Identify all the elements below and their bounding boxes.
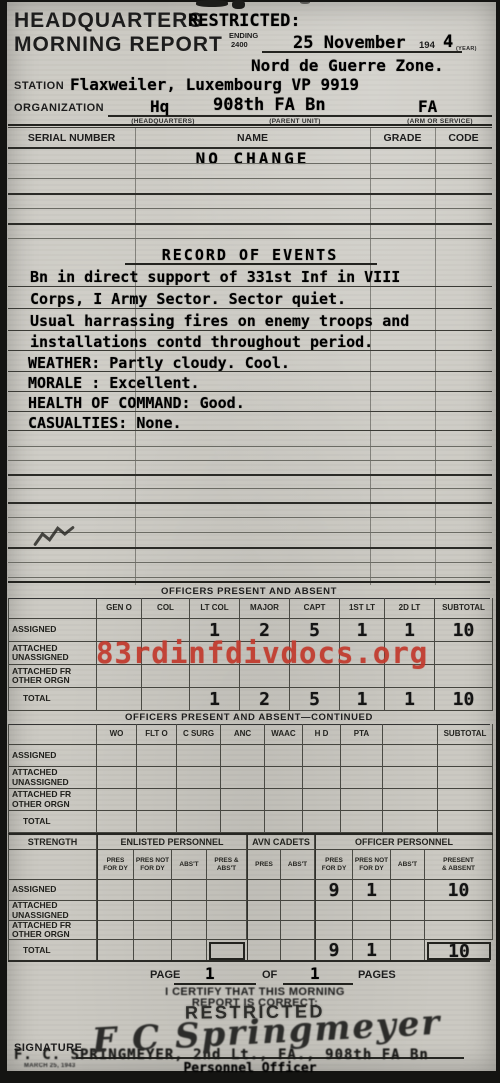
cell: [9, 850, 97, 880]
punch-hole-left: [57, 988, 94, 1025]
row-label: ATTACHED FR OTHER ORGN: [9, 665, 97, 688]
cell: [303, 767, 341, 789]
cell: [383, 767, 438, 789]
row-label: TOTAL: [9, 940, 97, 962]
col-header: SUBTOTAL: [438, 724, 493, 745]
col-header: COL: [142, 598, 190, 619]
cell: [177, 811, 221, 833]
cell: [221, 767, 265, 789]
cell: [341, 767, 383, 789]
col-header: [383, 724, 438, 745]
cell: [303, 811, 341, 833]
ending-time: 2400: [231, 40, 248, 49]
organization-label: ORGANIZATION: [14, 102, 104, 114]
ruled-line: [8, 562, 492, 563]
sub-col-header: PRES NOT FOR DY: [134, 850, 172, 880]
row-label: TOTAL: [9, 688, 97, 711]
cell-value: 10: [435, 619, 493, 642]
cell: [97, 940, 134, 962]
cell-value: 1: [353, 880, 391, 901]
col-header: LT COL: [190, 598, 240, 619]
scan-artifact: [196, 0, 228, 7]
cell: [97, 789, 137, 811]
event-line: Corps, I Army Sector. Sector quiet.: [30, 290, 346, 308]
typed-title-line: Personnel Officer: [120, 1061, 380, 1076]
scan-artifact: [232, 0, 245, 9]
scan-artifact: [300, 0, 310, 4]
ruled-line: [8, 238, 492, 239]
cell: [207, 921, 247, 940]
sub-col-header: PRESENT & ABSENT: [425, 850, 493, 880]
restricted-classification-top: RESTRICTED:: [188, 11, 301, 31]
strength-title: STRENGTH: [9, 835, 97, 850]
cell: [391, 921, 425, 940]
cell: [281, 901, 315, 921]
cell-value: 10: [427, 942, 491, 960]
event-line: WEATHER: Partly cloudy. Cool.: [28, 354, 290, 372]
roster-col-name: NAME: [135, 132, 370, 144]
col-header: MAJOR: [240, 598, 290, 619]
ruled-line: [8, 193, 492, 195]
ruled-line: [8, 474, 492, 476]
cell: [97, 745, 137, 767]
cell-value: 1: [190, 688, 240, 711]
group-enlisted: ENLISTED PERSONNEL: [97, 835, 247, 850]
form-title-morning-report: MORNING REPORT: [14, 33, 223, 57]
ruled-line: [8, 178, 492, 179]
row-label: ATTACHED FR OTHER ORGN: [9, 921, 97, 940]
sub-col-header: ABS'T: [281, 850, 315, 880]
pages-number: 1: [310, 964, 320, 983]
cell-value: 2: [240, 688, 290, 711]
cell: [97, 921, 134, 940]
cell: [137, 789, 177, 811]
cell: [172, 921, 207, 940]
cell: [383, 745, 438, 767]
col-header: GEN O: [97, 598, 142, 619]
cell: [303, 789, 341, 811]
page-label: PAGE: [150, 969, 180, 981]
cell: [265, 789, 303, 811]
ruled-line: [8, 446, 492, 447]
group-officer: OFFICER PERSONNEL: [315, 835, 493, 850]
ruled-line: [8, 223, 492, 225]
row-label: TOTAL: [9, 811, 97, 833]
cell: [438, 767, 493, 789]
cell: [207, 880, 247, 901]
row-label: ASSIGNED: [9, 745, 97, 767]
cell: [97, 688, 142, 711]
sub-col-header: PRES & ABS'T: [207, 850, 247, 880]
cell: [207, 901, 247, 921]
events-title-underline: [125, 263, 377, 265]
row-label: ATTACHED FR OTHER ORGN: [9, 789, 97, 811]
cell: [137, 767, 177, 789]
roster-col-code: CODE: [435, 132, 492, 144]
cell: [265, 811, 303, 833]
cell: [221, 811, 265, 833]
sub-col-header: PRES FOR DY: [315, 850, 353, 880]
events-title: RECORD OF EVENTS: [8, 246, 492, 264]
cell: [247, 901, 281, 921]
cell: [134, 901, 172, 921]
roster-entry-no-change: NO CHANGE: [135, 149, 370, 168]
archive-watermark: 83rdinfdivdocs.org: [96, 636, 428, 670]
pages-label: PAGES: [358, 969, 396, 981]
page-underline: [174, 983, 256, 985]
col-header: SUBTOTAL: [435, 598, 493, 619]
cell-value: 1: [353, 940, 391, 962]
cell: [134, 921, 172, 940]
page-number: 1: [205, 964, 215, 983]
cell: [97, 880, 134, 901]
roster-and-events-area: SERIAL NUMBER NAME GRADE CODE NO CHANGE …: [8, 128, 492, 585]
col-header: C SURG: [177, 724, 221, 745]
col-header: H D: [303, 724, 341, 745]
roster-col-serial: SERIAL NUMBER: [8, 132, 135, 144]
ruled-line: [8, 577, 492, 578]
cell: [247, 940, 281, 962]
of-label: OF: [262, 969, 277, 981]
table-bottom-rule: [8, 960, 490, 962]
row-label: ASSIGNED: [9, 880, 97, 901]
cell: [383, 811, 438, 833]
cell: [137, 811, 177, 833]
org-headquarters-value: Hq: [150, 97, 169, 116]
year-preprint: 194: [419, 40, 435, 51]
strength-table: STRENGTH ENLISTED PERSONNEL AVN CADETS O…: [8, 833, 493, 962]
cell: [425, 921, 493, 940]
cell: [9, 724, 97, 745]
form-date-note: MARCH 25, 1943: [24, 1063, 76, 1069]
row-label: ATTACHED UNASSIGNED: [9, 901, 97, 921]
sub-col-header: ABS'T: [172, 850, 207, 880]
cell: [281, 880, 315, 901]
cell-value: 10: [435, 688, 493, 711]
header-rule-1: [8, 124, 492, 126]
ruled-line: [8, 208, 492, 209]
col-header: 2D LT: [385, 598, 435, 619]
cell: [247, 921, 281, 940]
ruled-line: [8, 547, 492, 549]
ruled-line: [8, 163, 492, 164]
cell: [247, 880, 281, 901]
station-label: STATION: [14, 80, 64, 92]
sub-col-header: PRES NOT FOR DY: [353, 850, 391, 880]
cell: [281, 940, 315, 962]
cell: [9, 598, 97, 619]
report-date: 25 November: [293, 33, 406, 53]
col-header: WO: [97, 724, 137, 745]
ruled-line: [8, 460, 492, 461]
cell: [391, 940, 425, 962]
cell: [391, 901, 425, 921]
cell: [341, 745, 383, 767]
event-line: Bn in direct support of 331st Inf in VII…: [30, 268, 400, 286]
cell-value: 5: [290, 688, 340, 711]
group-avn-cadets: AVN CADETS: [247, 835, 315, 850]
cell: [172, 880, 207, 901]
cell: [353, 901, 391, 921]
cell: [142, 688, 190, 711]
cell: [281, 921, 315, 940]
cell-value: 1: [385, 688, 435, 711]
ending-label: ENDING: [229, 31, 258, 40]
cell: [97, 767, 137, 789]
cell: [221, 745, 265, 767]
cell: [137, 745, 177, 767]
cell: [425, 901, 493, 921]
cell-value: 1: [340, 688, 385, 711]
cell: [391, 880, 425, 901]
cell-value: 9: [315, 940, 353, 962]
table-top-rule: [8, 581, 490, 583]
cell: [341, 811, 383, 833]
cell: [265, 745, 303, 767]
row-label: ATTACHED UNASSIGNED: [9, 767, 97, 789]
ruled-line: [8, 371, 492, 372]
col-header: FLT O: [137, 724, 177, 745]
cell: [177, 789, 221, 811]
ruled-line: [8, 391, 492, 392]
cell: [97, 901, 134, 921]
cell: [172, 940, 207, 962]
ruled-line: [8, 502, 492, 504]
cell-value: 10: [425, 880, 493, 901]
ruled-line: [8, 430, 492, 431]
cell: [438, 789, 493, 811]
ruled-line: [8, 308, 492, 309]
cell-value: 9: [315, 880, 353, 901]
cell: [134, 880, 172, 901]
ruled-line: [8, 532, 492, 533]
event-line: Usual harrassing fires on enemy troops a…: [30, 312, 409, 330]
cell: [97, 811, 137, 833]
col-header: CAPT: [290, 598, 340, 619]
officers-continued-title: OFFICERS PRESENT AND ABSENT—CONTINUED: [8, 711, 490, 725]
cell: [221, 789, 265, 811]
cell: [177, 767, 221, 789]
cell: [353, 921, 391, 940]
ruled-line: [8, 411, 492, 412]
cell: [435, 665, 493, 688]
col-header: WAAC: [265, 724, 303, 745]
sub-col-header: PRES: [247, 850, 281, 880]
cell: [172, 901, 207, 921]
cell: [177, 745, 221, 767]
cell: [315, 901, 353, 921]
org-arm-value: FA: [418, 97, 437, 116]
col-header: PTA: [341, 724, 383, 745]
officers-continued-table: WO FLT O C SURG ANC WAAC H D PTA SUBTOTA…: [8, 724, 493, 833]
col-header: 1ST LT: [340, 598, 385, 619]
form-title-headquarters: HEADQUARTERS: [14, 9, 203, 33]
org-parent-value: 908th FA Bn: [213, 95, 326, 115]
cell: [265, 767, 303, 789]
ruled-line: [8, 286, 492, 287]
cell: [438, 811, 493, 833]
cell: [341, 789, 383, 811]
station-value: Flaxweiler, Luxembourg VP 9919: [70, 75, 359, 94]
handwritten-mark: [31, 522, 78, 549]
officers-table-title: OFFICERS PRESENT AND ABSENT: [8, 585, 490, 599]
empty-boxed-cell: [209, 942, 245, 960]
cell: [134, 940, 172, 962]
scanned-morning-report: HEADQUARTERS RESTRICTED: MORNING REPORT …: [0, 0, 500, 1083]
event-line: MORALE : Excellent.: [28, 374, 200, 392]
ruled-line: [8, 350, 492, 351]
cell: [315, 921, 353, 940]
row-label: ATTACHED UNASSIGNED: [9, 642, 97, 665]
cell: [435, 642, 493, 665]
cell: [383, 789, 438, 811]
zone-line: Nord de Guerre Zone.: [251, 56, 444, 75]
ruled-line: [8, 488, 492, 489]
roster-col-grade: GRADE: [370, 132, 435, 144]
sub-col-header: ABS'T: [391, 850, 425, 880]
row-label: ASSIGNED: [9, 619, 97, 642]
year-digit: 4: [443, 32, 453, 52]
cell: [438, 745, 493, 767]
event-line: installations contd throughout period.: [30, 333, 373, 351]
event-line: HEALTH OF COMMAND: Good.: [28, 394, 245, 412]
sub-col-header: PRES FOR DY: [97, 850, 134, 880]
ruled-line: [8, 517, 492, 518]
ruled-line: [8, 330, 492, 331]
pages-underline: [283, 983, 353, 985]
cell: [303, 745, 341, 767]
col-header: ANC: [221, 724, 265, 745]
year-caption: (YEAR): [456, 46, 477, 52]
